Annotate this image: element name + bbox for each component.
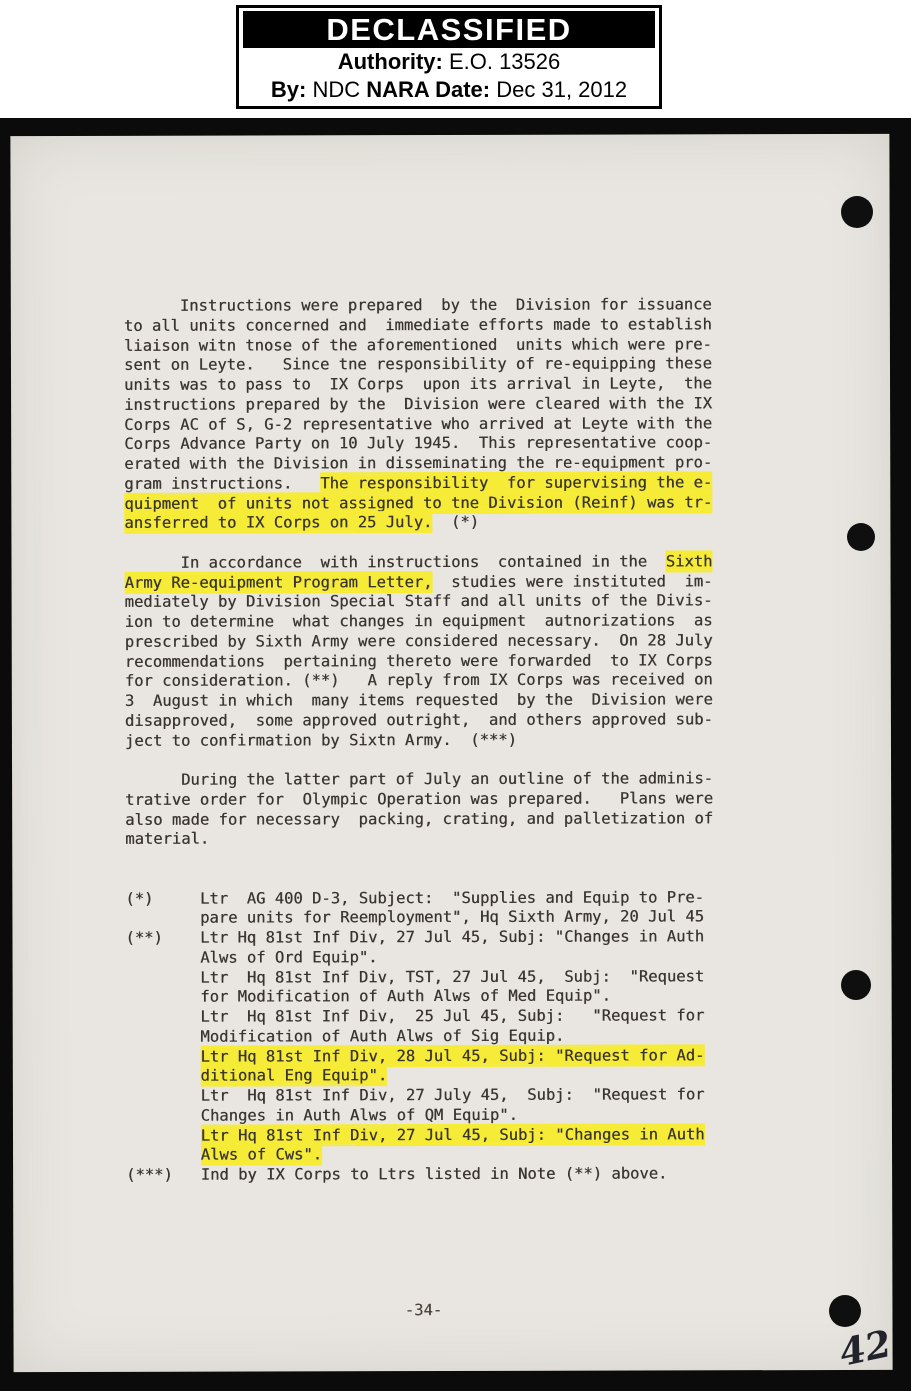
text-segment: mediately by Division Special Staff and … [125, 592, 713, 612]
authority-label: Authority: [338, 49, 443, 74]
scan-matte: Instructions were prepared by the Divisi… [0, 118, 911, 1391]
text-segment: Ltr Hq 81st Inf Div, TST, 27 Jul 45, Sub… [126, 967, 705, 987]
text-segment [126, 1146, 201, 1164]
text-segment: instructions prepared by the Division we… [124, 394, 712, 414]
text-segment: Corps Advance Party on 10 July 1945. Thi… [124, 434, 712, 454]
handwritten-page-number: 42 [836, 1321, 896, 1375]
hole-punch-mark [841, 970, 871, 1000]
text-segment: liaison witn tnose of the aforementioned… [124, 335, 712, 355]
text-line: quipment of units not assigned to tne Di… [124, 493, 712, 514]
page-number: -34- [353, 1301, 493, 1319]
highlighted-text: ansferred to IX Corps on 25 July. [124, 513, 432, 532]
text-line: Changes in Auth Alws of QM Equip". [126, 1105, 714, 1126]
text-line: ion to determine what changes in equipme… [125, 611, 713, 632]
text-line: Ltr Hq 81st Inf Div, 27 July 45, Subj: "… [126, 1085, 714, 1106]
text-line: gram instructions. The responsibility fo… [124, 473, 712, 494]
highlighted-text: Ltr Hq 81st Inf Div, 28 Jul 45, Subj: "R… [200, 1046, 704, 1065]
text-line: sent on Leyte. Since tne responsibility … [124, 355, 712, 376]
highlighted-text: The responsibility for supervising the e… [320, 473, 712, 492]
text-segment: Instructions were prepared by the Divisi… [124, 295, 712, 315]
stamp-by-line: By: NDC NARA Date: Dec 31, 2012 [243, 76, 655, 104]
highlighted-text: ditional Eng Equip". [200, 1066, 387, 1084]
text-line: recommendations pertaining thereto were … [125, 651, 713, 672]
text-line: liaison witn tnose of the aforementioned… [124, 335, 712, 356]
text-segment: Alws of Ord Equip". [126, 948, 378, 967]
text-segment: Ltr Hq 81st Inf Div, 25 Jul 45, Subj: "R… [126, 1006, 705, 1026]
text-line [124, 532, 712, 553]
text-line: (*) Ltr AG 400 D-3, Subject: "Supplies a… [125, 888, 713, 909]
text-line: ansferred to IX Corps on 25 July. (*) [124, 513, 712, 534]
text-segment: sent on Leyte. Since tne responsibility … [124, 355, 712, 375]
text-line: trative order for Olympic Operation was … [125, 789, 713, 810]
text-segment: to all units concerned and immediate eff… [124, 315, 712, 335]
text-line: (**) Ltr Hq 81st Inf Div, 27 Jul 45, Sub… [125, 927, 713, 948]
authority-value: E.O. 13526 [449, 49, 560, 74]
text-line: Army Re-equipment Program Letter, studie… [125, 572, 713, 593]
stamp-title: DECLASSIFIED [326, 12, 571, 47]
by-label: By: [271, 77, 306, 102]
text-line: units was to pass to IX Corps upon its a… [124, 374, 712, 395]
text-segment: ion to determine what changes in equipme… [125, 611, 713, 631]
text-line: ject to confirmation by Sixtn Army. (***… [125, 730, 713, 751]
text-line [125, 868, 713, 889]
document-body: Instructions were prepared by the Divisi… [124, 295, 714, 1185]
text-segment: (*) Ltr AG 400 D-3, Subject: "Supplies a… [125, 888, 704, 908]
text-segment: During the latter part of July an outlin… [125, 769, 713, 789]
hole-punch-mark [847, 523, 875, 551]
hole-punch-mark [829, 1295, 861, 1327]
text-segment: ject to confirmation by Sixtn Army. (***… [125, 730, 517, 749]
text-line: erated with the Division in disseminatin… [124, 453, 712, 474]
text-segment: pare units for Reemployment", Hq Sixth A… [125, 908, 704, 928]
highlighted-text: Sixth [666, 552, 713, 570]
text-line [125, 750, 713, 771]
text-line: for Modification of Auth Alws of Med Equ… [126, 987, 714, 1008]
hole-punch-mark [841, 196, 873, 228]
text-line: 3 August in which many items requested b… [125, 690, 713, 711]
text-line: Ltr Hq 81st Inf Div, 28 Jul 45, Subj: "R… [126, 1046, 714, 1067]
text-line: disapproved, some approved outright, and… [125, 710, 713, 731]
text-line: Corps AC of S, G-2 representative who ar… [124, 414, 712, 435]
text-line: Modification of Auth Alws of Sig Equip. [126, 1026, 714, 1047]
highlighted-text: Alws of Cws". [201, 1146, 322, 1164]
text-segment: material. [125, 830, 209, 848]
declassified-stamp: DECLASSIFIED Authority: E.O. 13526 By: N… [236, 5, 662, 109]
text-segment: (**) Ltr Hq 81st Inf Div, 27 Jul 45, Sub… [125, 927, 704, 947]
text-line: prescribed by Sixth Army were considered… [125, 631, 713, 652]
highlighted-text: Ltr Hq 81st Inf Div, 27 Jul 45, Subj: "C… [201, 1125, 705, 1144]
nara-date-value: Dec 31, 2012 [496, 77, 627, 102]
text-segment: recommendations pertaining thereto were … [125, 651, 713, 671]
text-line: pare units for Reemployment", Hq Sixth A… [125, 908, 713, 929]
text-segment: Ltr Hq 81st Inf Div, 27 July 45, Subj: "… [126, 1085, 705, 1105]
text-line: During the latter part of July an outlin… [125, 769, 713, 790]
text-segment: (***) Ind by IX Corps to Ltrs listed in … [126, 1164, 667, 1183]
text-segment: 3 August in which many items requested b… [125, 690, 713, 710]
text-segment: also made for necessary packing, crating… [125, 809, 713, 829]
text-segment: gram instructions. [124, 474, 320, 493]
text-line: also made for necessary packing, crating… [125, 809, 713, 830]
text-segment: Corps AC of S, G-2 representative who ar… [124, 414, 712, 434]
text-segment: studies were instituted im- [432, 572, 712, 591]
text-segment [126, 1067, 201, 1085]
text-segment: (*) [432, 513, 479, 531]
text-segment: disapproved, some approved outright, and… [125, 710, 713, 730]
text-segment: In accordance with instructions containe… [124, 552, 665, 571]
text-segment: Modification of Auth Alws of Sig Equip. [126, 1026, 565, 1045]
text-line: ditional Eng Equip". [126, 1066, 714, 1087]
text-segment: trative order for Olympic Operation was … [125, 789, 713, 809]
highlighted-text: quipment of units not assigned to tne Di… [124, 493, 712, 513]
text-line: Ltr Hq 81st Inf Div, TST, 27 Jul 45, Sub… [126, 967, 714, 988]
by-value: NDC [312, 77, 360, 102]
text-line: Ltr Hq 81st Inf Div, 27 Jul 45, Subj: "C… [126, 1125, 714, 1146]
text-line: to all units concerned and immediate eff… [124, 315, 712, 336]
text-segment: erated with the Division in disseminatin… [124, 453, 712, 473]
text-line: In accordance with instructions containe… [124, 552, 712, 573]
text-line: instructions prepared by the Division we… [124, 394, 712, 415]
text-segment: for Modification of Auth Alws of Med Equ… [126, 987, 611, 1006]
text-segment: Changes in Auth Alws of QM Equip". [126, 1106, 518, 1125]
text-line [125, 848, 713, 869]
scanned-document-view: DECLASSIFIED Authority: E.O. 13526 By: N… [0, 0, 911, 1391]
text-line: (***) Ind by IX Corps to Ltrs listed in … [126, 1164, 714, 1185]
text-segment: units was to pass to IX Corps upon its a… [124, 374, 712, 394]
text-line: Alws of Cws". [126, 1145, 714, 1166]
text-line: Corps Advance Party on 10 July 1945. Thi… [124, 434, 712, 455]
text-segment [126, 1126, 201, 1144]
text-line: Alws of Ord Equip". [126, 947, 714, 968]
text-line: mediately by Division Special Staff and … [125, 592, 713, 613]
document-page: Instructions were prepared by the Divisi… [10, 134, 892, 1372]
text-segment: prescribed by Sixth Army were considered… [125, 631, 713, 651]
text-line: for consideration. (**) A reply from IX … [125, 671, 713, 692]
text-line: material. [125, 829, 713, 850]
text-line: Instructions were prepared by the Divisi… [124, 295, 712, 316]
text-line: Ltr Hq 81st Inf Div, 25 Jul 45, Subj: "R… [126, 1006, 714, 1027]
highlighted-text: Army Re-equipment Program Letter, [125, 573, 433, 592]
stamp-authority-line: Authority: E.O. 13526 [243, 48, 655, 76]
stamp-title-bar: DECLASSIFIED [243, 11, 655, 48]
text-segment: for consideration. (**) A reply from IX … [125, 671, 713, 691]
text-segment [126, 1047, 201, 1065]
nara-date-label: NARA Date: [366, 77, 490, 102]
